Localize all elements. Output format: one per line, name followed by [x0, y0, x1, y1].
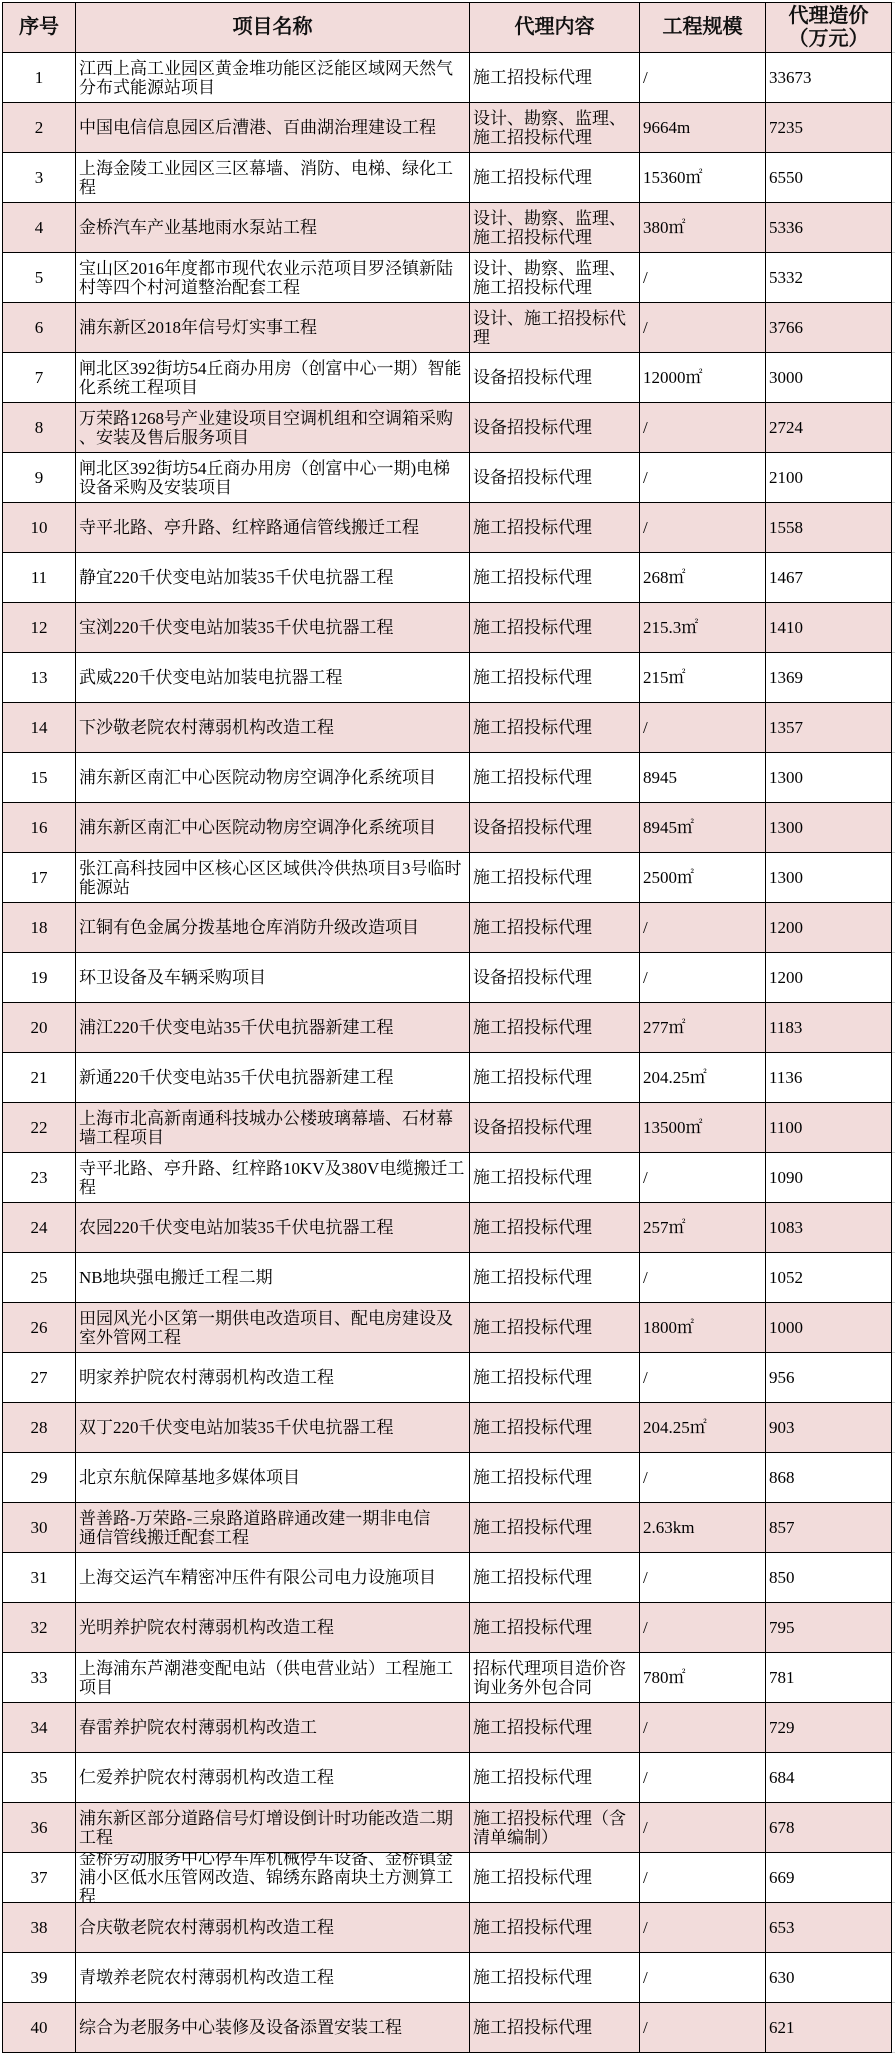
index-text: 32: [3, 1603, 75, 1652]
table-row: 37金桥劳动服务中心停车库机械停车设备、金桥镇金 浦小区低水压管网改造、锦绣东路…: [3, 1853, 892, 1903]
cell-index: 35: [3, 1753, 76, 1803]
table-row: 34春雷养护院农村薄弱机构改造工施工招投标代理/729: [3, 1703, 892, 1753]
cell-agency-price: 1558: [766, 503, 892, 553]
cell-project-name: 中国电信信息园区后漕港、百曲湖治理建设工程: [76, 103, 470, 153]
cell-index: 6: [3, 303, 76, 353]
index-text: 13: [3, 653, 75, 702]
cell-project-name: 静宜220千伏变电站加装35千伏电抗器工程: [76, 553, 470, 603]
header-agency-content-label: 代理内容: [470, 3, 639, 52]
cell-project-scale: 8945: [640, 753, 766, 803]
project-name-text: 万荣路1268号产业建设项目空调机组和空调箱采购 、安装及售后服务项目: [76, 403, 469, 452]
table-row: 38合庆敬老院农村薄弱机构改造工程施工招投标代理/653: [3, 1903, 892, 1953]
agency-price-text: 1000: [766, 1303, 891, 1352]
cell-project-scale: /: [640, 1253, 766, 1303]
index-text: 39: [3, 1953, 75, 2002]
cell-agency-price: 1183: [766, 1003, 892, 1053]
project-name-text: 田园风光小区第一期供电改造项目、配电房建设及 室外管网工程: [76, 1303, 469, 1352]
agency-content-text: 施工招投标代理: [470, 1953, 639, 2002]
cell-project-name: 综合为老服务中心装修及设备添置安装工程: [76, 2003, 470, 2053]
cell-agency-price: 33673: [766, 53, 892, 103]
table-row: 5宝山区2016年度都市现代农业示范项目罗泾镇新陆 村等四个村河道整治配套工程设…: [3, 253, 892, 303]
index-text: 6: [3, 303, 75, 352]
cell-index: 19: [3, 953, 76, 1003]
cell-project-scale: 268㎡: [640, 553, 766, 603]
cell-agency-content: 施工招投标代理（含 清单编制）: [470, 1803, 640, 1853]
cell-project-name: 新通220千伏变电站35千伏电抗器新建工程: [76, 1053, 470, 1103]
cell-project-scale: 8945㎡: [640, 803, 766, 853]
cell-agency-price: 1410: [766, 603, 892, 653]
cell-index: 17: [3, 853, 76, 903]
agency-price-text: 2100: [766, 453, 891, 502]
cell-project-name: 浦东新区南汇中心医院动物房空调净化系统项目: [76, 803, 470, 853]
cell-index: 22: [3, 1103, 76, 1153]
cell-project-name: 仁爱养护院农村薄弱机构改造工程: [76, 1753, 470, 1803]
cell-index: 29: [3, 1453, 76, 1503]
cell-project-name: 普善路-万荣路-三泉路道路辟通改建一期非电信 通信管线搬迁配套工程: [76, 1503, 470, 1553]
cell-project-name: 浦东新区部分道路信号灯增设倒计时功能改造二期 工程: [76, 1803, 470, 1853]
table-row: 22上海市北高新南通科技城办公楼玻璃幕墙、石材幕 墙工程项目设备招投标代理135…: [3, 1103, 892, 1153]
cell-agency-price: 3000: [766, 353, 892, 403]
agency-price-text: 33673: [766, 53, 891, 102]
project-scale-text: /: [640, 703, 765, 752]
index-text: 34: [3, 1703, 75, 1752]
cell-index: 37: [3, 1853, 76, 1903]
project-name-text: NB地块强电搬迁工程二期: [76, 1253, 469, 1302]
cell-project-name: 闸北区392街坊54丘商办用房（创富中心一期）智能 化系统工程项目: [76, 353, 470, 403]
agency-content-text: 施工招投标代理: [470, 1153, 639, 1202]
agency-content-text: 施工招投标代理: [470, 553, 639, 602]
cell-project-scale: 13500㎡: [640, 1103, 766, 1153]
table-row: 29北京东航保障基地多媒体项目施工招投标代理/868: [3, 1453, 892, 1503]
cell-project-scale: /: [640, 503, 766, 553]
cell-project-scale: /: [640, 1753, 766, 1803]
agency-price-text: 868: [766, 1453, 891, 1502]
table-row: 12宝浏220千伏变电站加装35千伏电抗器工程施工招投标代理215.3㎡1410: [3, 603, 892, 653]
agency-price-text: 3000: [766, 353, 891, 402]
cell-project-scale: /: [640, 1853, 766, 1903]
cell-agency-price: 1300: [766, 803, 892, 853]
cell-project-name: 上海金陵工业园区三区幕墙、消防、电梯、绿化工 程: [76, 153, 470, 203]
header-project-name-label: 项目名称: [76, 3, 469, 52]
project-name-text: 合庆敬老院农村薄弱机构改造工程: [76, 1903, 469, 1952]
cell-project-name: 双丁220千伏变电站加装35千伏电抗器工程: [76, 1403, 470, 1453]
cell-index: 25: [3, 1253, 76, 1303]
project-scale-text: /: [640, 1453, 765, 1502]
project-scale-text: /: [640, 503, 765, 552]
project-name-text: 上海金陵工业园区三区幕墙、消防、电梯、绿化工 程: [76, 153, 469, 202]
table-row: 9闸北区392街坊54丘商办用房（创富中心一期)电梯 设备采购及安装项目设备招投…: [3, 453, 892, 503]
project-name-text: 闸北区392街坊54丘商办用房（创富中心一期）智能 化系统工程项目: [76, 353, 469, 402]
agency-content-text: 施工招投标代理: [470, 1003, 639, 1052]
table-row: 31上海交运汽车精密冲压件有限公司电力设施项目施工招投标代理/850: [3, 1553, 892, 1603]
agency-price-text: 5336: [766, 203, 891, 252]
agency-price-text: 6550: [766, 153, 891, 202]
project-scale-text: 268㎡: [640, 553, 765, 602]
project-name-text: 上海市北高新南通科技城办公楼玻璃幕墙、石材幕 墙工程项目: [76, 1103, 469, 1152]
agency-content-text: 施工招投标代理: [470, 1853, 639, 1902]
agency-content-text: 设备招投标代理: [470, 453, 639, 502]
project-scale-text: /: [640, 2003, 765, 2052]
cell-index: 15: [3, 753, 76, 803]
index-text: 17: [3, 853, 75, 902]
cell-agency-price: 1083: [766, 1203, 892, 1253]
project-scale-text: /: [640, 53, 765, 102]
agency-content-text: 施工招投标代理: [470, 1403, 639, 1452]
cell-project-scale: 2500㎡: [640, 853, 766, 903]
agency-price-text: 653: [766, 1903, 891, 1952]
table-row: 21新通220千伏变电站35千伏电抗器新建工程施工招投标代理204.25㎡113…: [3, 1053, 892, 1103]
table-row: 19环卫设备及车辆采购项目设备招投标代理/1200: [3, 953, 892, 1003]
project-name-text: 张江高科技园中区核心区区域供冷供热项目3号临时 能源站: [76, 853, 469, 902]
index-text: 40: [3, 2003, 75, 2052]
cell-index: 27: [3, 1353, 76, 1403]
project-scale-text: /: [640, 1953, 765, 2002]
agency-price-text: 1136: [766, 1053, 891, 1102]
cell-project-name: 浦江220千伏变电站35千伏电抗器新建工程: [76, 1003, 470, 1053]
agency-price-text: 1090: [766, 1153, 891, 1202]
project-name-text: 金桥汽车产业基地雨水泵站工程: [76, 203, 469, 252]
cell-project-scale: /: [640, 903, 766, 953]
cell-project-name: NB地块强电搬迁工程二期: [76, 1253, 470, 1303]
agency-content-text: 施工招投标代理: [470, 2003, 639, 2052]
agency-content-text: 设备招投标代理: [470, 953, 639, 1002]
index-text: 9: [3, 453, 75, 502]
cell-project-name: 光明养护院农村薄弱机构改造工程: [76, 1603, 470, 1653]
agency-content-text: 施工招投标代理: [470, 853, 639, 902]
project-name-text: 宝浏220千伏变电站加装35千伏电抗器工程: [76, 603, 469, 652]
cell-agency-price: 630: [766, 1953, 892, 2003]
project-name-text: 宝山区2016年度都市现代农业示范项目罗泾镇新陆 村等四个村河道整治配套工程: [76, 253, 469, 302]
cell-project-name: 万荣路1268号产业建设项目空调机组和空调箱采购 、安装及售后服务项目: [76, 403, 470, 453]
cell-project-name: 田园风光小区第一期供电改造项目、配电房建设及 室外管网工程: [76, 1303, 470, 1353]
project-name-text: 双丁220千伏变电站加装35千伏电抗器工程: [76, 1403, 469, 1452]
cell-agency-price: 2100: [766, 453, 892, 503]
cell-index: 1: [3, 53, 76, 103]
index-text: 25: [3, 1253, 75, 1302]
project-name-text: 农园220千伏变电站加装35千伏电抗器工程: [76, 1203, 469, 1252]
agency-price-text: 850: [766, 1553, 891, 1602]
agency-price-text: 1357: [766, 703, 891, 752]
cell-index: 13: [3, 653, 76, 703]
table-row: 8万荣路1268号产业建设项目空调机组和空调箱采购 、安装及售后服务项目设备招投…: [3, 403, 892, 453]
cell-project-name: 江铜有色金属分拨基地仓库消防升级改造项目: [76, 903, 470, 953]
agency-price-text: 956: [766, 1353, 891, 1402]
table-row: 24农园220千伏变电站加装35千伏电抗器工程施工招投标代理257㎡1083: [3, 1203, 892, 1253]
cell-agency-content: 施工招投标代理: [470, 903, 640, 953]
cell-project-name: 寺平北路、亭升路、红梓路通信管线搬迁工程: [76, 503, 470, 553]
project-name-text: 青墩养老院农村薄弱机构改造工程: [76, 1953, 469, 2002]
cell-project-scale: 204.25㎡: [640, 1403, 766, 1453]
cell-project-name: 金桥汽车产业基地雨水泵站工程: [76, 203, 470, 253]
index-text: 30: [3, 1503, 75, 1552]
project-scale-text: 12000㎡: [640, 353, 765, 402]
agency-content-text: 施工招投标代理: [470, 1253, 639, 1302]
table-row: 27明家养护院农村薄弱机构改造工程施工招投标代理/956: [3, 1353, 892, 1403]
cell-project-scale: 257㎡: [640, 1203, 766, 1253]
cell-index: 28: [3, 1403, 76, 1453]
project-scale-text: 15360㎡: [640, 153, 765, 202]
cell-project-scale: /: [640, 1603, 766, 1653]
cell-index: 18: [3, 903, 76, 953]
cell-project-scale: /: [640, 1903, 766, 1953]
cell-index: 9: [3, 453, 76, 503]
project-name-text: 北京东航保障基地多媒体项目: [76, 1453, 469, 1502]
cell-index: 38: [3, 1903, 76, 1953]
cell-index: 23: [3, 1153, 76, 1203]
project-scale-text: /: [640, 403, 765, 452]
agency-content-text: 施工招投标代理: [470, 1603, 639, 1652]
agency-content-text: 施工招投标代理（含 清单编制）: [470, 1803, 639, 1852]
table-row: 2中国电信信息园区后漕港、百曲湖治理建设工程设计、勘察、监理、 施工招投标代理9…: [3, 103, 892, 153]
cell-project-scale: 1800㎡: [640, 1303, 766, 1353]
index-text: 28: [3, 1403, 75, 1452]
agency-price-text: 3766: [766, 303, 891, 352]
cell-agency-price: 868: [766, 1453, 892, 1503]
project-scale-text: /: [640, 1903, 765, 1952]
cell-agency-price: 684: [766, 1753, 892, 1803]
cell-project-name: 浦东新区2018年信号灯实事工程: [76, 303, 470, 353]
project-scale-text: /: [640, 1853, 765, 1902]
agency-price-text: 903: [766, 1403, 891, 1452]
table-row: 40综合为老服务中心装修及设备添置安装工程施工招投标代理/621: [3, 2003, 892, 2053]
project-name-text: 明家养护院农村薄弱机构改造工程: [76, 1353, 469, 1402]
agency-content-text: 施工招投标代理: [470, 1303, 639, 1352]
project-name-text: 浦东新区部分道路信号灯增设倒计时功能改造二期 工程: [76, 1803, 469, 1852]
project-scale-text: /: [640, 1553, 765, 1602]
index-text: 12: [3, 603, 75, 652]
index-text: 38: [3, 1903, 75, 1952]
cell-agency-content: 设备招投标代理: [470, 353, 640, 403]
table-row: 32光明养护院农村薄弱机构改造工程施工招投标代理/795: [3, 1603, 892, 1653]
cell-agency-price: 956: [766, 1353, 892, 1403]
cell-agency-content: 施工招投标代理: [470, 1353, 640, 1403]
cell-project-scale: 215㎡: [640, 653, 766, 703]
table-row: 4金桥汽车产业基地雨水泵站工程设计、勘察、监理、 施工招投标代理380㎡5336: [3, 203, 892, 253]
table-row: 16浦东新区南汇中心医院动物房空调净化系统项目设备招投标代理8945㎡1300: [3, 803, 892, 853]
project-name-text: 闸北区392街坊54丘商办用房（创富中心一期)电梯 设备采购及安装项目: [76, 453, 469, 502]
cell-agency-content: 施工招投标代理: [470, 1253, 640, 1303]
project-scale-text: /: [640, 303, 765, 352]
project-scale-text: 2500㎡: [640, 853, 765, 902]
cell-agency-price: 729: [766, 1703, 892, 1753]
cell-agency-content: 施工招投标代理: [470, 1303, 640, 1353]
cell-index: 30: [3, 1503, 76, 1553]
agency-content-text: 设计、勘察、监理、 施工招投标代理: [470, 203, 639, 252]
cell-agency-content: 施工招投标代理: [470, 1003, 640, 1053]
project-name-text: 综合为老服务中心装修及设备添置安装工程: [76, 2003, 469, 2052]
header-agency-price-label: 代理造价 （万元）: [766, 3, 891, 52]
index-text: 4: [3, 203, 75, 252]
agency-content-text: 施工招投标代理: [470, 1353, 639, 1402]
agency-price-text: 678: [766, 1803, 891, 1852]
table-row: 18江铜有色金属分拨基地仓库消防升级改造项目施工招投标代理/1200: [3, 903, 892, 953]
project-name-text: 寺平北路、亭升路、红梓路通信管线搬迁工程: [76, 503, 469, 552]
cell-index: 39: [3, 1953, 76, 2003]
cell-agency-content: 施工招投标代理: [470, 153, 640, 203]
cell-project-name: 江西上高工业园区黄金堆功能区泛能区域网天然气 分布式能源站项目: [76, 53, 470, 103]
project-name-text: 上海交运汽车精密冲压件有限公司电力设施项目: [76, 1553, 469, 1602]
table-row: 14下沙敬老院农村薄弱机构改造工程施工招投标代理/1357: [3, 703, 892, 753]
cell-index: 40: [3, 2003, 76, 2053]
project-name-text: 寺平北路、亭升路、红梓路10KV及380V电缆搬迁工 程: [76, 1153, 469, 1202]
cell-agency-content: 施工招投标代理: [470, 753, 640, 803]
cell-index: 31: [3, 1553, 76, 1603]
cell-index: 12: [3, 603, 76, 653]
agency-content-text: 施工招投标代理: [470, 1453, 639, 1502]
cell-project-name: 金桥劳动服务中心停车库机械停车设备、金桥镇金 浦小区低水压管网改造、锦绣东路南块…: [76, 1853, 470, 1903]
project-scale-text: /: [640, 253, 765, 302]
agency-content-text: 招标代理项目造价咨 询业务外包合同: [470, 1653, 639, 1702]
agency-content-text: 施工招投标代理: [470, 1903, 639, 1952]
project-name-text: 下沙敬老院农村薄弱机构改造工程: [76, 703, 469, 752]
agency-price-text: 795: [766, 1603, 891, 1652]
cell-project-scale: 2.63km: [640, 1503, 766, 1553]
cell-index: 16: [3, 803, 76, 853]
cell-agency-content: 施工招投标代理: [470, 2003, 640, 2053]
table-row: 20浦江220千伏变电站35千伏电抗器新建工程施工招投标代理277㎡1183: [3, 1003, 892, 1053]
project-scale-text: 380㎡: [640, 203, 765, 252]
cell-agency-content: 施工招投标代理: [470, 1953, 640, 2003]
project-scale-text: /: [640, 953, 765, 1002]
cell-agency-price: 1100: [766, 1103, 892, 1153]
header-index: 序号: [3, 3, 76, 53]
cell-agency-price: 1052: [766, 1253, 892, 1303]
agency-price-text: 1410: [766, 603, 891, 652]
cell-agency-content: 施工招投标代理: [470, 1703, 640, 1753]
cell-index: 8: [3, 403, 76, 453]
header-row: 序号 项目名称 代理内容 工程规模 代理造价 （万元）: [3, 3, 892, 53]
agency-price-text: 621: [766, 2003, 891, 2052]
index-text: 1: [3, 53, 75, 102]
header-project-name: 项目名称: [76, 3, 470, 53]
cell-agency-content: 施工招投标代理: [470, 603, 640, 653]
table-row: 3上海金陵工业园区三区幕墙、消防、电梯、绿化工 程施工招投标代理15360㎡65…: [3, 153, 892, 203]
cell-agency-content: 施工招投标代理: [470, 1903, 640, 1953]
agency-price-text: 857: [766, 1503, 891, 1552]
cell-index: 2: [3, 103, 76, 153]
agency-price-text: 1052: [766, 1253, 891, 1302]
cell-index: 11: [3, 553, 76, 603]
agency-content-text: 施工招投标代理: [470, 153, 639, 202]
cell-project-name: 春雷养护院农村薄弱机构改造工: [76, 1703, 470, 1753]
project-scale-text: 215.3㎡: [640, 603, 765, 652]
project-name-text: 金桥劳动服务中心停车库机械停车设备、金桥镇金 浦小区低水压管网改造、锦绣东路南块…: [76, 1853, 469, 1902]
cell-project-name: 宝山区2016年度都市现代农业示范项目罗泾镇新陆 村等四个村河道整治配套工程: [76, 253, 470, 303]
index-text: 27: [3, 1353, 75, 1402]
agency-price-text: 5332: [766, 253, 891, 302]
agency-price-text: 1100: [766, 1103, 891, 1152]
cell-agency-price: 903: [766, 1403, 892, 1453]
cell-agency-price: 1357: [766, 703, 892, 753]
cell-index: 4: [3, 203, 76, 253]
agency-content-text: 设备招投标代理: [470, 403, 639, 452]
cell-agency-content: 设备招投标代理: [470, 453, 640, 503]
cell-index: 36: [3, 1803, 76, 1853]
cell-project-name: 明家养护院农村薄弱机构改造工程: [76, 1353, 470, 1403]
agency-price-text: 1300: [766, 753, 891, 802]
project-name-text: 上海浦东芦潮港变配电站（供电营业站）工程施工 项目: [76, 1653, 469, 1702]
table-row: 13武威220千伏变电站加装电抗器工程施工招投标代理215㎡1369: [3, 653, 892, 703]
table-row: 39青墩养老院农村薄弱机构改造工程施工招投标代理/630: [3, 1953, 892, 2003]
cell-agency-price: 621: [766, 2003, 892, 2053]
cell-project-scale: /: [640, 53, 766, 103]
table-row: 26田园风光小区第一期供电改造项目、配电房建设及 室外管网工程施工招投标代理18…: [3, 1303, 892, 1353]
project-name-text: 静宜220千伏变电站加装35千伏电抗器工程: [76, 553, 469, 602]
index-text: 14: [3, 703, 75, 752]
cell-project-scale: /: [640, 953, 766, 1003]
project-scale-text: /: [640, 1753, 765, 1802]
cell-agency-price: 3766: [766, 303, 892, 353]
index-text: 36: [3, 1803, 75, 1852]
index-text: 7: [3, 353, 75, 402]
cell-index: 26: [3, 1303, 76, 1353]
cell-project-scale: 277㎡: [640, 1003, 766, 1053]
agency-content-text: 设计、勘察、监理、 施工招投标代理: [470, 103, 639, 152]
project-scale-text: 8945㎡: [640, 803, 765, 852]
agency-content-text: 施工招投标代理: [470, 503, 639, 552]
project-scale-text: 780㎡: [640, 1653, 765, 1702]
table-row: 1江西上高工业园区黄金堆功能区泛能区域网天然气 分布式能源站项目施工招投标代理/…: [3, 53, 892, 103]
cell-project-name: 环卫设备及车辆采购项目: [76, 953, 470, 1003]
project-scale-text: 13500㎡: [640, 1103, 765, 1152]
projects-table: 序号 项目名称 代理内容 工程规模 代理造价 （万元） 1江西上高工业园区黄金堆…: [2, 2, 892, 2053]
cell-project-name: 闸北区392街坊54丘商办用房（创富中心一期)电梯 设备采购及安装项目: [76, 453, 470, 503]
agency-price-text: 781: [766, 1653, 891, 1702]
cell-index: 3: [3, 153, 76, 203]
index-text: 8: [3, 403, 75, 452]
table-row: 36浦东新区部分道路信号灯增设倒计时功能改造二期 工程施工招投标代理（含 清单编…: [3, 1803, 892, 1853]
agency-content-text: 设计、勘察、监理、 施工招投标代理: [470, 253, 639, 302]
cell-project-scale: /: [640, 1353, 766, 1403]
cell-project-name: 武威220千伏变电站加装电抗器工程: [76, 653, 470, 703]
agency-content-text: 施工招投标代理: [470, 1203, 639, 1252]
cell-project-name: 下沙敬老院农村薄弱机构改造工程: [76, 703, 470, 753]
project-scale-text: 204.25㎡: [640, 1053, 765, 1102]
cell-index: 5: [3, 253, 76, 303]
cell-project-scale: /: [640, 1453, 766, 1503]
cell-agency-content: 施工招投标代理: [470, 53, 640, 103]
cell-project-scale: /: [640, 703, 766, 753]
index-text: 29: [3, 1453, 75, 1502]
project-scale-text: /: [640, 1603, 765, 1652]
project-scale-text: 257㎡: [640, 1203, 765, 1252]
table-row: 23寺平北路、亭升路、红梓路10KV及380V电缆搬迁工 程施工招投标代理/10…: [3, 1153, 892, 1203]
agency-content-text: 施工招投标代理: [470, 53, 639, 102]
project-scale-text: 9664m: [640, 103, 765, 152]
cell-project-scale: /: [640, 1153, 766, 1203]
cell-agency-price: 857: [766, 1503, 892, 1553]
cell-project-name: 上海浦东芦潮港变配电站（供电营业站）工程施工 项目: [76, 1653, 470, 1703]
agency-price-text: 1300: [766, 803, 891, 852]
agency-content-text: 设备招投标代理: [470, 1103, 639, 1152]
cell-project-name: 浦东新区南汇中心医院动物房空调净化系统项目: [76, 753, 470, 803]
project-scale-text: /: [640, 1803, 765, 1852]
header-project-scale: 工程规模: [640, 3, 766, 53]
agency-price-text: 7235: [766, 103, 891, 152]
cell-project-name: 寺平北路、亭升路、红梓路10KV及380V电缆搬迁工 程: [76, 1153, 470, 1203]
cell-agency-content: 施工招投标代理: [470, 1053, 640, 1103]
project-scale-text: /: [640, 453, 765, 502]
agency-content-text: 施工招投标代理: [470, 703, 639, 752]
agency-content-text: 施工招投标代理: [470, 1503, 639, 1552]
cell-agency-price: 1369: [766, 653, 892, 703]
project-name-text: 浦东新区南汇中心医院动物房空调净化系统项目: [76, 753, 469, 802]
cell-agency-content: 设备招投标代理: [470, 1103, 640, 1153]
cell-agency-content: 施工招投标代理: [470, 1203, 640, 1253]
agency-price-text: 1183: [766, 1003, 891, 1052]
header-agency-content: 代理内容: [470, 3, 640, 53]
cell-agency-price: 1090: [766, 1153, 892, 1203]
